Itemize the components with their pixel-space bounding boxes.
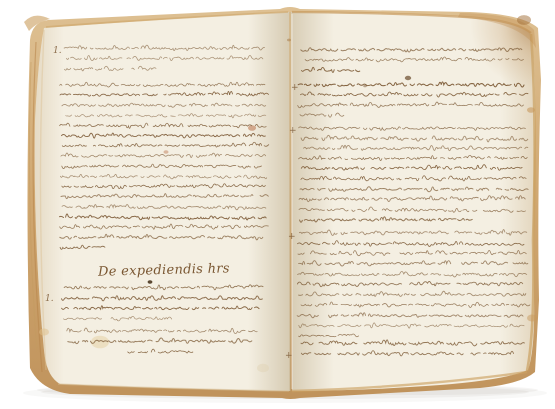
stain-spot <box>527 107 535 113</box>
stain-spot <box>257 364 269 372</box>
margin-mark: 1. <box>53 46 62 56</box>
margin-mark: + <box>288 232 296 242</box>
page-shading <box>35 12 535 391</box>
stain-spot <box>517 15 531 25</box>
stain-spot <box>39 329 49 336</box>
stain-spot <box>287 39 291 42</box>
stain-spot <box>527 315 537 322</box>
margin-mark: + <box>285 351 293 361</box>
stain-spot <box>405 76 411 80</box>
open-manuscript-book: 1.1. ++++ De expediendis hrs <box>0 0 555 409</box>
margin-mark: + <box>289 126 297 136</box>
stain-spot <box>164 150 169 154</box>
margin-mark: + <box>291 83 299 93</box>
margin-mark: 1. <box>45 294 54 304</box>
stain-spot <box>91 336 109 349</box>
stain-spot <box>148 280 153 283</box>
photo-canvas: 1.1. ++++ De expediendis hrs <box>0 0 555 409</box>
